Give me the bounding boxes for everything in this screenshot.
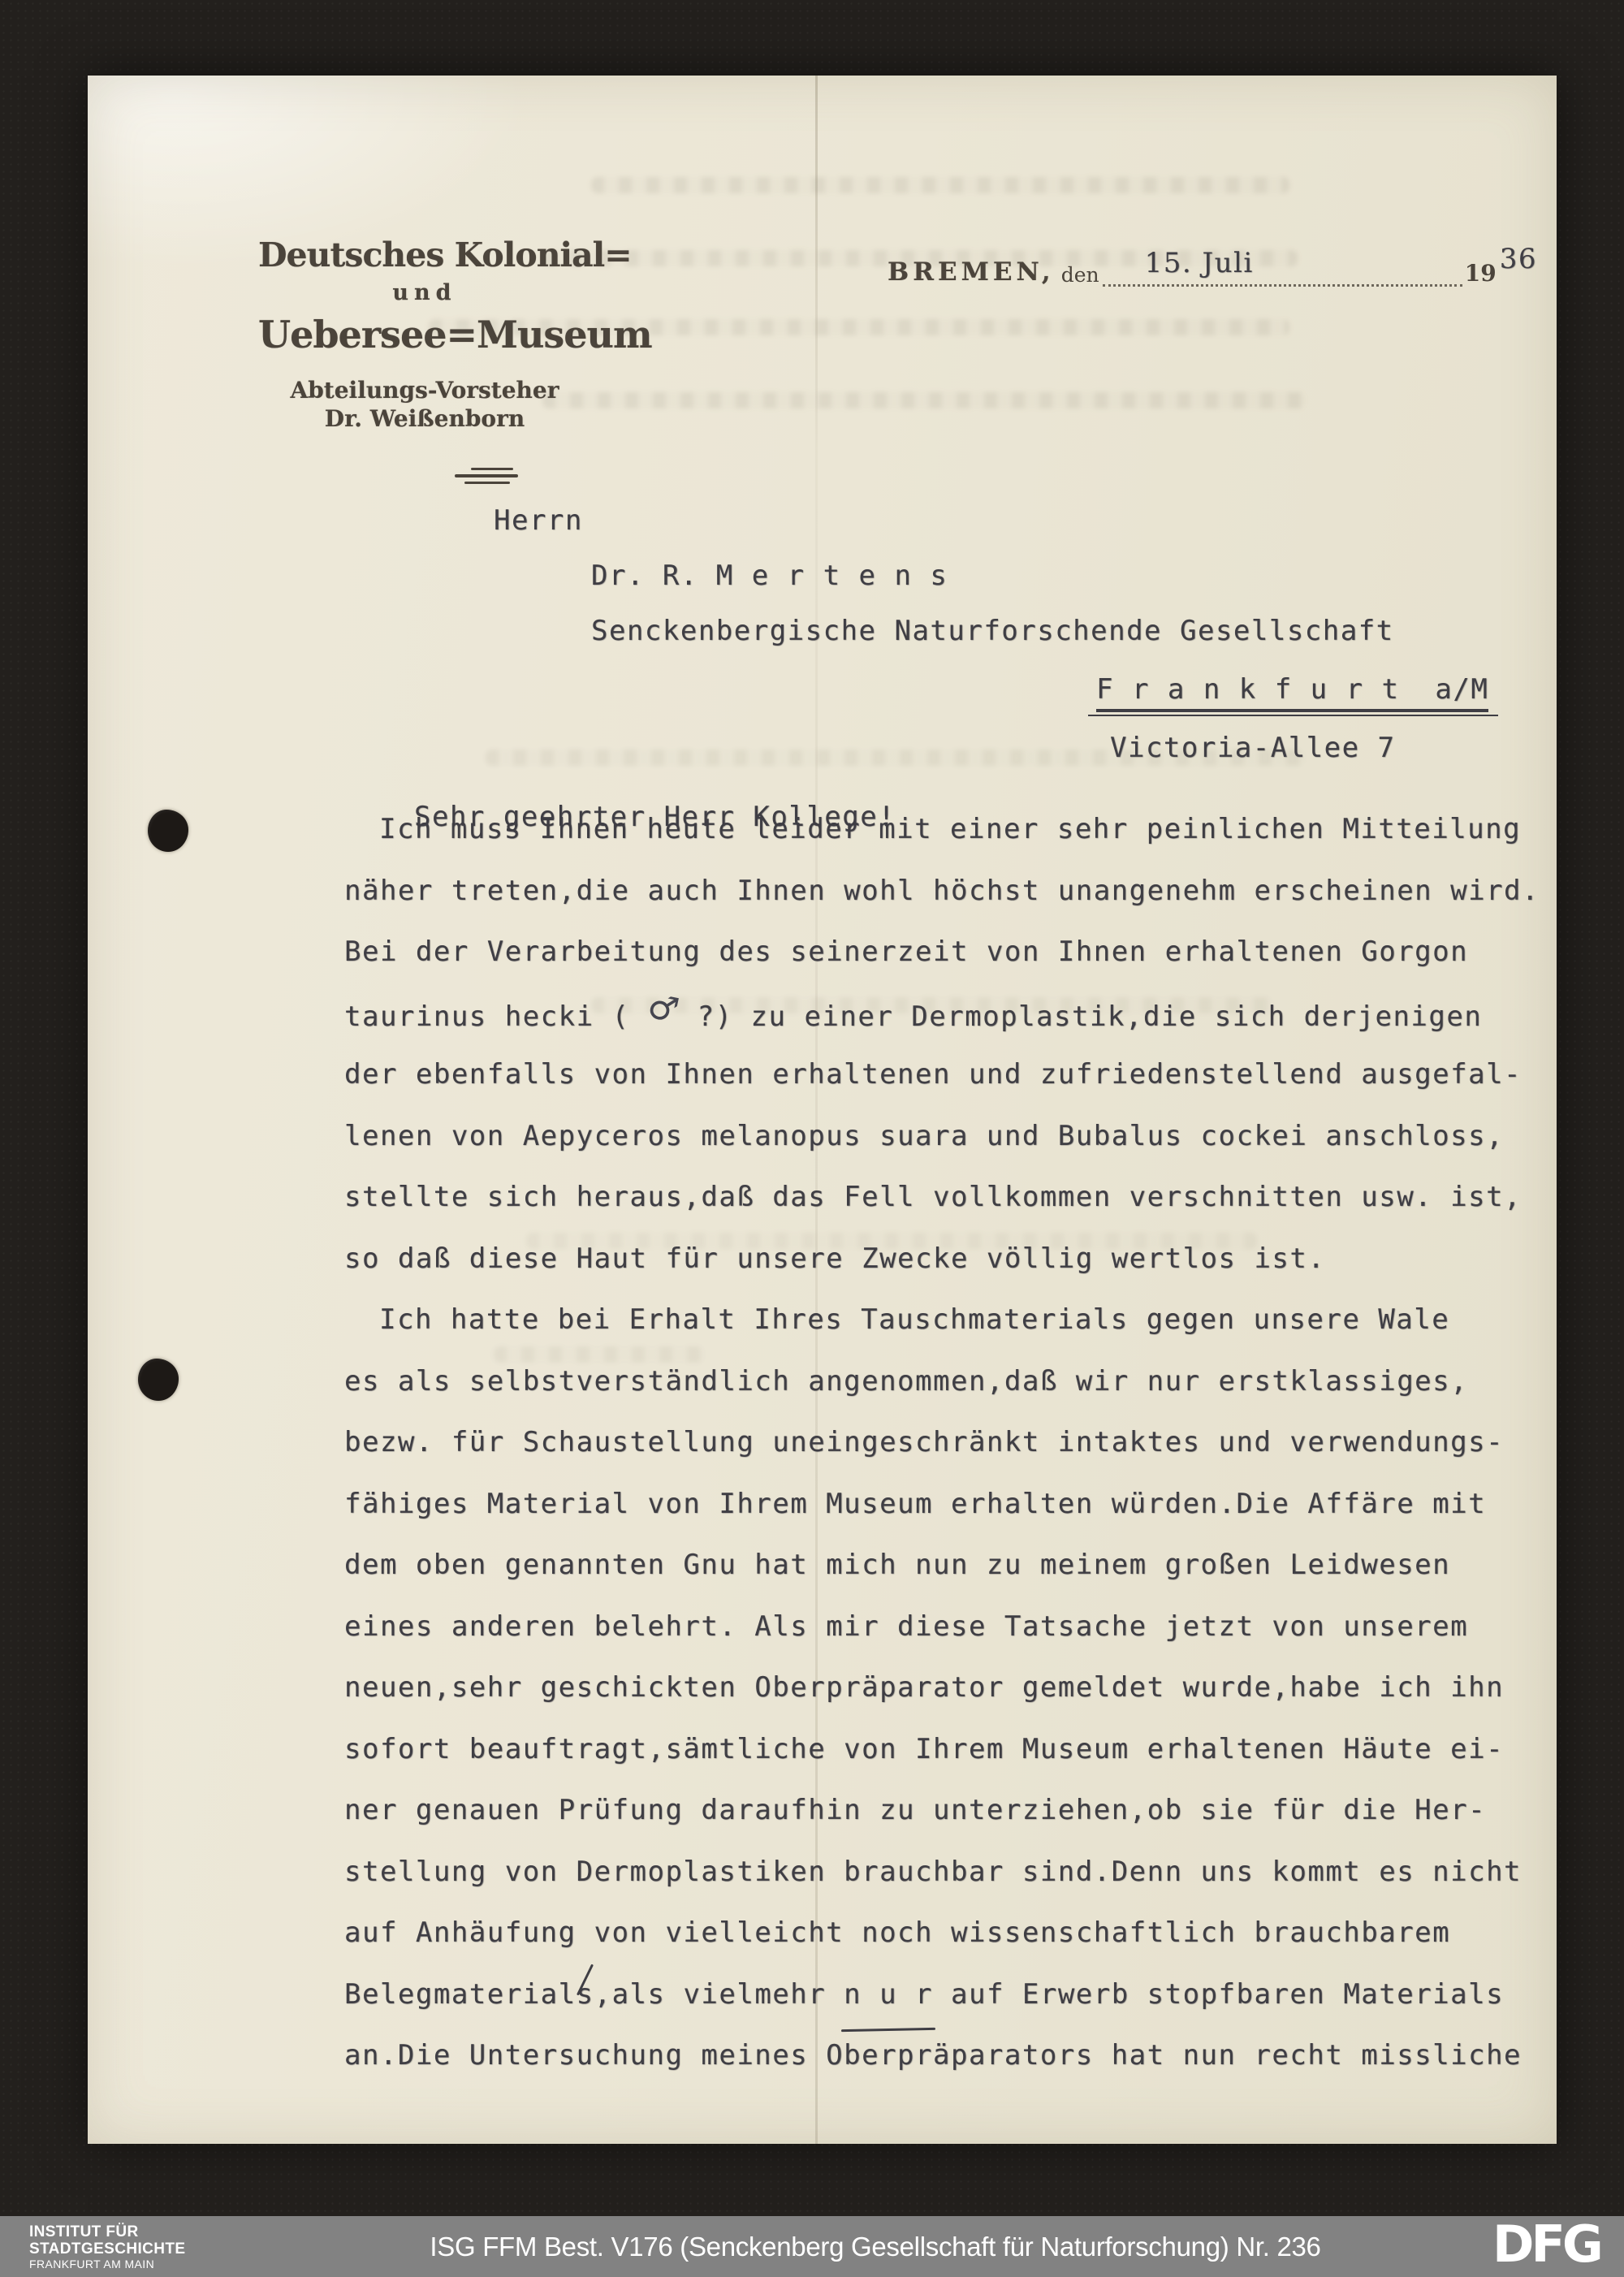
letterhead-line3: Uebersee=Museum	[258, 313, 591, 356]
dateline-dotted-rule: 15. Juli	[1103, 252, 1462, 287]
typed-segment: Bei der Verarbeitung des seinerzeit von …	[344, 935, 1468, 968]
typed-line: so daß diese Haut für unsere Zwecke völl…	[344, 1229, 1554, 1290]
letterhead-line2: und	[258, 281, 591, 305]
typed-segment: fähiges Material von Ihrem Museum erhalt…	[344, 1488, 1486, 1520]
typed-line: der ebenfalls von Ihnen erhaltenen und z…	[344, 1044, 1554, 1106]
typed-segment: Belegmaterial	[344, 1978, 577, 2011]
typed-line: ner genauen Prüfung daraufhin zu unterzi…	[344, 1780, 1554, 1842]
typed-line: sofort beauftragt,sämtliche von Ihrem Mu…	[344, 1719, 1554, 1781]
dateline-year-printed: 19	[1465, 260, 1497, 287]
typed-segment: es als selbstverständlich angenommen,daß…	[344, 1365, 1468, 1398]
typed-line: stellte sich heraus,daß das Fell vollkom…	[344, 1167, 1554, 1229]
letterhead: Deutsches Kolonial= und Uebersee=Museum …	[258, 236, 591, 433]
scan-background: Deutsches Kolonial= und Uebersee=Museum …	[0, 0, 1624, 2277]
typed-date: 15. Juli	[1145, 247, 1254, 279]
letterhead-divider-ornament	[455, 468, 518, 484]
dateline: BREMEN, den 15. Juli 19 36	[888, 248, 1537, 287]
typed-line: näher treten,die auch Ihnen wohl höchst …	[344, 861, 1554, 922]
typed-segment: eines anderen belehrt. Als mir diese Tat…	[344, 1610, 1468, 1643]
typed-line: taurinus hecki ( ♂ ?) zu einer Dermoplas…	[344, 983, 1554, 1045]
hole-punch	[138, 1359, 179, 1401]
typed-segment: taurinus hecki (	[344, 1000, 648, 1033]
dateline-den: den	[1055, 263, 1103, 287]
typed-line: fähiges Material von Ihrem Museum erhalt…	[344, 1474, 1554, 1536]
typed-segment: so daß diese Haut für unsere Zwecke völl…	[344, 1242, 1325, 1275]
archive-logo: INSTITUT FÜR STADTGESCHICHTE FRANKFURT A…	[29, 2223, 185, 2271]
typed-line: bezw. für Schaustellung uneingeschränkt …	[344, 1412, 1554, 1474]
typed-line: lenen von Aepyceros melanopus suara und …	[344, 1106, 1554, 1168]
letterhead-department: Abteilungs-Vorsteher	[291, 377, 559, 404]
typed-line: an.Die Untersuchung meines Oberpräparato…	[344, 2025, 1554, 2087]
typed-segment: ,als vielmehr	[594, 1978, 844, 2011]
typed-line: Ich muss Ihnen heute leider mit einer se…	[344, 799, 1554, 861]
typed-segment: näher treten,die auch Ihnen wohl höchst …	[344, 875, 1540, 907]
typed-line: Ich hatte bei Erhalt Ihres Tauschmateria…	[344, 1290, 1554, 1351]
typed-segment: ?) zu einer Dermoplastik,die sich derjen…	[680, 1000, 1483, 1033]
struck-out-character: s	[577, 1964, 594, 2026]
typed-segment: stellung von Dermoplastiken brauchbar si…	[344, 1856, 1522, 1888]
letter-body: Ich muss Ihnen heute leider mit einer se…	[344, 799, 1554, 2087]
typed-line: Bei der Verarbeitung des seinerzeit von …	[344, 922, 1554, 983]
dateline-city: BREMEN,	[888, 257, 1055, 287]
address-street: Victoria-Allee 7	[1110, 732, 1396, 764]
address-herrn: Herrn	[494, 504, 583, 537]
typed-segment: bezw. für Schaustellung uneingeschränkt …	[344, 1426, 1504, 1458]
typed-segment: auf Anhäufung von vielleicht noch wissen…	[344, 1916, 1450, 1949]
archive-logo-line2: STADTGESCHICHTE	[29, 2240, 185, 2258]
typed-line: neuen,sehr geschickten Oberpräparator ge…	[344, 1657, 1554, 1719]
typed-segment: stellte sich heraus,daß das Fell vollkom…	[344, 1181, 1522, 1213]
archive-logo-line1: INSTITUT FÜR	[29, 2223, 185, 2240]
typed-year: 36	[1500, 243, 1537, 275]
hole-punch	[148, 810, 188, 852]
typed-segment: an.Die Untersuchung meines Oberpräparato…	[344, 2039, 1522, 2072]
address-institution: Senckenbergische Naturforschende Gesells…	[591, 615, 1394, 647]
dfg-logo: DFG	[1492, 2214, 1600, 2273]
typed-segment: ner genauen Prüfung daraufhin zu unterzi…	[344, 1794, 1486, 1826]
archive-caption: ISG FFM Best. V176 (Senckenberg Gesellsc…	[430, 2232, 1320, 2262]
typed-line: Belegmaterials,als vielmehr n u r auf Er…	[344, 1964, 1554, 2026]
bleed-through-smudge	[591, 177, 1289, 193]
typed-segment: neuen,sehr geschickten Oberpräparator ge…	[344, 1671, 1504, 1704]
typed-segment: lenen von Aepyceros melanopus suara und …	[344, 1120, 1504, 1152]
typed-line: auf Anhäufung von vielleicht noch wissen…	[344, 1903, 1554, 1964]
letterhead-line1: Deutsches Kolonial=	[258, 236, 591, 274]
hand-underlined-text: n u r	[844, 1964, 933, 2026]
typed-segment: dem oben genannten Gnu hat mich nun zu m…	[344, 1549, 1450, 1581]
address-recipient-name: Dr. R. M e r t e n s	[591, 560, 948, 592]
address-city: F r a n k f u r t a/M	[1096, 673, 1488, 706]
archive-logo-line3: FRANKFURT AM MAIN	[29, 2258, 185, 2271]
typed-line: eines anderen belehrt. Als mir diese Tat…	[344, 1596, 1554, 1658]
archive-footer-bar: INSTITUT FÜR STADTGESCHICHTE FRANKFURT A…	[0, 2216, 1624, 2277]
typed-line: dem oben genannten Gnu hat mich nun zu m…	[344, 1535, 1554, 1596]
typed-segment: auf Erwerb stopfbaren Materials	[933, 1978, 1504, 2011]
typed-line: stellung von Dermoplastiken brauchbar si…	[344, 1842, 1554, 1903]
letterhead-person: Dr. Weißenborn	[325, 405, 525, 432]
letter-page: Deutsches Kolonial= und Uebersee=Museum …	[88, 76, 1557, 2144]
typed-segment: sofort beauftragt,sämtliche von Ihrem Mu…	[344, 1733, 1504, 1765]
typed-segment: Ich hatte bei Erhalt Ihres Tauschmateria…	[379, 1303, 1449, 1336]
typed-line: es als selbstverständlich angenommen,daß…	[344, 1351, 1554, 1413]
typed-segment: der ebenfalls von Ihnen erhaltenen und z…	[344, 1058, 1522, 1091]
bleed-through-smudge	[542, 392, 1306, 408]
typed-segment: Ich muss Ihnen heute leider mit einer se…	[379, 813, 1521, 845]
